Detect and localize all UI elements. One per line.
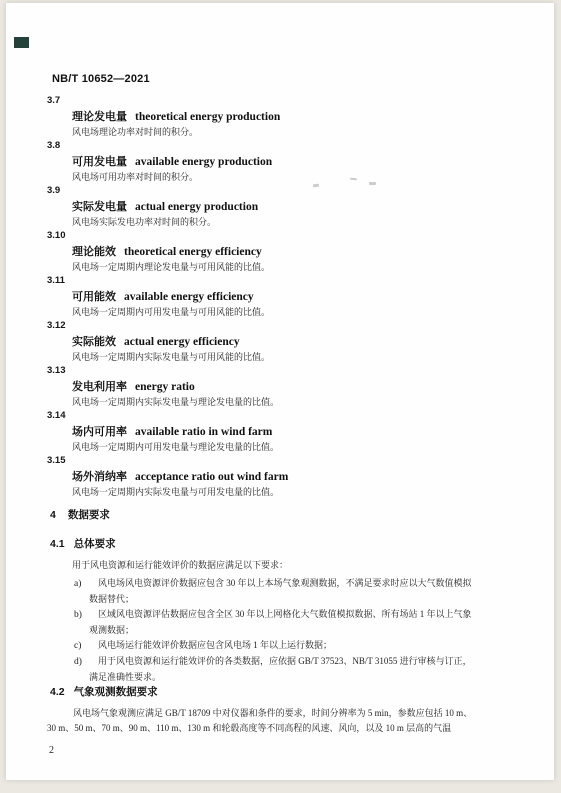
term-entry-3-15: 3.15 场外消纳率acceptance ratio out wind farm… <box>47 453 288 498</box>
term-chinese: 理论能效 <box>72 246 116 258</box>
term-definition: 风电场一定周期内理论发电量与可用风能的比值。 <box>47 260 288 275</box>
scan-smudge <box>369 182 376 185</box>
list-item-c-line1: c)风电场运行能效评价数据应包含风电场 1 年以上运行数据； <box>74 638 472 654</box>
scan-smudge <box>313 184 319 188</box>
section-heading-4: 4数据要求 <box>50 508 110 523</box>
clause-number: 3.10 <box>47 228 288 243</box>
term-definition: 风电场一定周期内可用发电量与理论发电量的比值。 <box>47 440 288 455</box>
list-item-d-line2: 满足准确性要求。 <box>74 670 472 685</box>
clause-number: 3.14 <box>47 408 288 423</box>
section-number: 4.2 <box>50 685 65 700</box>
list-item-label: a) <box>74 577 98 592</box>
term-english: energy ratio <box>135 381 195 393</box>
term-entry-3-7: 3.7 理论发电量theoretical energy production 风… <box>47 93 288 138</box>
list-item-a-line2: 数据替代； <box>74 592 472 607</box>
term-definition: 风电场一定周期内可用发电量与可用风能的比值。 <box>47 305 288 320</box>
list-item-text: 用于风电资源和运行能效评价的各类数据，应依据 GB/T 37523、NB/T 3… <box>98 656 472 666</box>
term-line: 场外消纳率acceptance ratio out wind farm <box>47 468 288 485</box>
term-english: actual energy production <box>135 201 258 213</box>
term-chinese: 场外消纳率 <box>72 471 127 483</box>
term-line: 可用能效available energy efficiency <box>47 288 288 305</box>
term-chinese: 理论发电量 <box>72 111 127 123</box>
met-data-paragraph-line2: 30 m、50 m、70 m、90 m、110 m、130 m 和轮毂高度等不同… <box>47 721 451 736</box>
term-chinese: 可用发电量 <box>72 156 127 168</box>
list-item-label: d) <box>74 655 98 670</box>
term-chinese: 发电利用率 <box>72 381 127 393</box>
term-entry-3-13: 3.13 发电利用率energy ratio 风电场一定周期内实际发电量与理论发… <box>47 363 288 408</box>
clause-number: 3.7 <box>47 93 288 108</box>
list-item-d-line1: d)用于风电资源和运行能效评价的各类数据，应依据 GB/T 37523、NB/T… <box>74 654 472 670</box>
clause-number: 3.12 <box>47 318 288 333</box>
section-number: 4.1 <box>50 537 65 552</box>
section-number: 4 <box>50 508 56 523</box>
term-chinese: 可用能效 <box>72 291 116 303</box>
clause-number: 3.11 <box>47 273 288 288</box>
list-item-b-line1: b)区域风电资源评估数据应包含全区 30 年以上网格化大气数值模拟数据、所有场站… <box>74 607 472 623</box>
term-line: 可用发电量available energy production <box>47 153 288 170</box>
list-item-label: c) <box>74 639 98 654</box>
term-entry-3-11: 3.11 可用能效available energy efficiency 风电场… <box>47 273 288 318</box>
clause-number: 3.15 <box>47 453 288 468</box>
list-item-a-line1: a)风电场风电资源评价数据应包含 30 年以上本场气象观测数据，不满足要求时应以… <box>74 576 472 592</box>
requirements-list: a)风电场风电资源评价数据应包含 30 年以上本场气象观测数据，不满足要求时应以… <box>74 576 472 685</box>
section-heading-4-1: 4.1总体要求 <box>50 537 116 552</box>
term-english: acceptance ratio out wind farm <box>135 471 288 483</box>
standard-number-header: NB/T 10652—2021 <box>52 73 150 86</box>
term-entry-3-12: 3.12 实际能效actual energy efficiency 风电场一定周… <box>47 318 288 363</box>
section-title: 数据要求 <box>68 509 110 521</box>
term-english: available energy efficiency <box>124 291 254 303</box>
term-chinese: 实际能效 <box>72 336 116 348</box>
term-english: theoretical energy efficiency <box>124 246 262 258</box>
list-item-text: 区域风电资源评估数据应包含全区 30 年以上网格化大气数值模拟数据、所有场站 1… <box>98 609 472 619</box>
term-entry-3-10: 3.10 理论能效theoretical energy efficiency 风… <box>47 228 288 273</box>
term-line: 理论能效theoretical energy efficiency <box>47 243 288 260</box>
term-definition: 风电场一定周期内实际发电量与理论发电量的比值。 <box>47 395 288 410</box>
list-item-text: 风电场风电资源评价数据应包含 30 年以上本场气象观测数据，不满足要求时应以大气… <box>98 578 472 588</box>
term-english: available energy production <box>135 156 272 168</box>
met-data-paragraph-line1: 风电场气象观测应满足 GB/T 18709 中对仪器和条件的要求，时间分辨率为 … <box>73 706 472 721</box>
terms-section: 3.7 理论发电量theoretical energy production 风… <box>47 93 288 498</box>
term-english: actual energy efficiency <box>124 336 240 348</box>
list-item-b-line2: 观测数据； <box>74 623 472 638</box>
term-entry-3-14: 3.14 场内可用率available ratio in wind farm 风… <box>47 408 288 453</box>
term-entry-3-8: 3.8 可用发电量available energy production 风电场… <box>47 138 288 183</box>
list-item-label: b) <box>74 608 98 623</box>
clause-number: 3.13 <box>47 363 288 378</box>
page-content: NB/T 10652—2021 3.7 理论发电量theoretical ene… <box>0 0 561 793</box>
scan-corner-artifact <box>14 37 29 48</box>
term-english: available ratio in wind farm <box>135 426 272 438</box>
term-line: 场内可用率available ratio in wind farm <box>47 423 288 440</box>
term-chinese: 场内可用率 <box>72 426 127 438</box>
clause-number: 3.9 <box>47 183 288 198</box>
term-entry-3-9: 3.9 实际发电量actual energy production 风电场实际发… <box>47 183 288 228</box>
term-english: theoretical energy production <box>135 111 280 123</box>
section-heading-4-2: 4.2气象观测数据要求 <box>50 685 158 700</box>
term-line: 实际发电量actual energy production <box>47 198 288 215</box>
term-definition: 风电场一定周期内实际发电量与可用发电量的比值。 <box>47 485 288 500</box>
section-title: 气象观测数据要求 <box>74 686 158 698</box>
list-item-text: 风电场运行能效评价数据应包含风电场 1 年以上运行数据； <box>98 640 332 650</box>
term-definition: 风电场一定周期内实际发电量与可用风能的比值。 <box>47 350 288 365</box>
scan-smudge <box>350 178 357 181</box>
page-number: 2 <box>49 743 54 758</box>
clause-number: 3.8 <box>47 138 288 153</box>
requirements-intro: 用于风电资源和运行能效评价的数据应满足以下要求： <box>72 558 288 573</box>
section-title: 总体要求 <box>74 538 116 550</box>
term-chinese: 实际发电量 <box>72 201 127 213</box>
term-line: 理论发电量theoretical energy production <box>47 108 288 125</box>
term-line: 实际能效actual energy efficiency <box>47 333 288 350</box>
term-line: 发电利用率energy ratio <box>47 378 288 395</box>
